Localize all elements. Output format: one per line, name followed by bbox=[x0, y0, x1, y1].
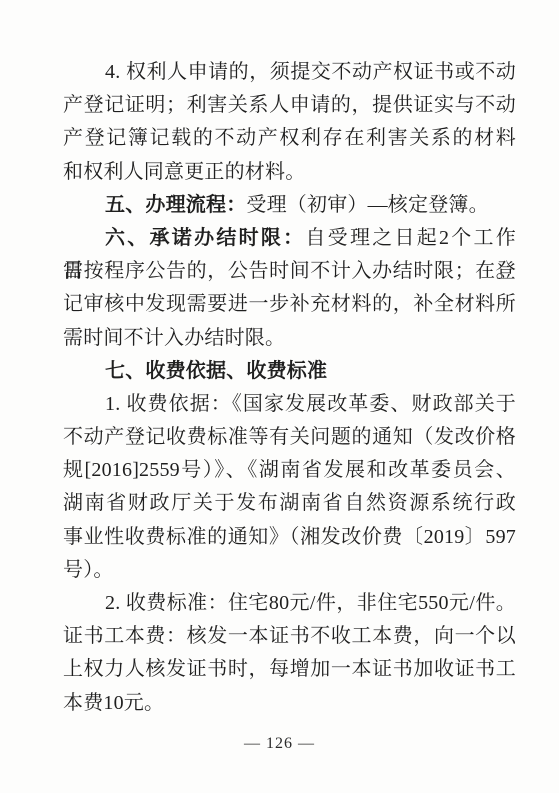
line-text: 和权利人同意更正的材料。 bbox=[63, 161, 305, 183]
line-text: 4. 权利人申请的，须提交不动产权证书或不动 bbox=[105, 61, 516, 83]
heading-label: 五、办理流程： bbox=[105, 194, 246, 216]
text-line-heading-7: 七、收费依据、收费标准 bbox=[63, 355, 516, 388]
document-page: 4. 权利人申请的，须提交不动产权证书或不动 产登记证明；利害关系人申请的，提供… bbox=[0, 0, 559, 793]
text-line: 记审核中发现需要进一步补充材料的，补全材料所 bbox=[63, 288, 516, 321]
page-number: — 126 — bbox=[0, 735, 559, 753]
line-text: 不动产登记收费标准等有关问题的通知（发改价格 bbox=[63, 426, 516, 448]
text-line: 产登记证明；利害关系人申请的，提供证实与不动 bbox=[63, 89, 516, 122]
line-text: 产登记证明；利害关系人申请的，提供证实与不动 bbox=[63, 94, 516, 116]
line-text: 本费10元。 bbox=[63, 692, 164, 714]
line-text: 1. 收费依据：《国家发展改革委、财政部关于 bbox=[105, 393, 516, 415]
text-line: 需时间不计入办结时限。 bbox=[63, 322, 516, 355]
text-line: 事业性收费标准的通知》（湘发改价费〔2019〕597 bbox=[63, 521, 516, 554]
line-text: 规[2016]2559号）》、《湖南省发展和改革委员会、 bbox=[63, 459, 516, 481]
text-line: 号）。 bbox=[63, 554, 516, 587]
text-line: 证书工本费：核发一本证书不收工本费，向一个以 bbox=[63, 620, 516, 653]
document-body: 4. 权利人申请的，须提交不动产权证书或不动 产登记证明；利害关系人申请的，提供… bbox=[63, 56, 516, 720]
line-text: 事业性收费标准的通知》（湘发改价费〔2019〕597 bbox=[63, 526, 516, 548]
text-line: 4. 权利人申请的，须提交不动产权证书或不动 bbox=[63, 56, 516, 89]
line-text: 2. 收费标准：住宅80元/件，非住宅550元/件。 bbox=[105, 592, 516, 614]
text-line: 上权力人核发证书时，每增加一本证书加收证书工 bbox=[63, 653, 516, 686]
line-text: 产登记簿记载的不动产权利存在利害关系的材料 bbox=[63, 127, 516, 149]
text-line: 规[2016]2559号）》、《湖南省发展和改革委员会、 bbox=[63, 454, 516, 487]
text-line: 和权利人同意更正的材料。 bbox=[63, 156, 516, 189]
text-line: 需按程序公告的，公告时间不计入办结时限；在登 bbox=[63, 255, 516, 288]
text-line: 不动产登记收费标准等有关问题的通知（发改价格 bbox=[63, 421, 516, 454]
text-line-heading-5: 五、办理流程：受理（初审）—核定登簿。 bbox=[63, 189, 516, 222]
line-text: 需时间不计入办结时限。 bbox=[63, 327, 285, 349]
line-text: 证书工本费：核发一本证书不收工本费，向一个以 bbox=[63, 625, 516, 647]
text-line: 产登记簿记载的不动产权利存在利害关系的材料 bbox=[63, 122, 516, 155]
heading-label: 七、收费依据、收费标准 bbox=[105, 360, 327, 382]
heading-label: 六、承诺办结时限： bbox=[105, 227, 305, 249]
line-text: 上权力人核发证书时，每增加一本证书加收证书工 bbox=[63, 658, 516, 680]
text-line: 1. 收费依据：《国家发展改革委、财政部关于 bbox=[63, 388, 516, 421]
line-text: 湖南省财政厅关于发布湖南省自然资源系统行政 bbox=[63, 492, 516, 514]
line-text: 号）。 bbox=[63, 559, 114, 581]
line-text: 需按程序公告的，公告时间不计入办结时限；在登 bbox=[63, 260, 516, 282]
text-line: 本费10元。 bbox=[63, 687, 516, 720]
text-line: 2. 收费标准：住宅80元/件，非住宅550元/件。 bbox=[63, 587, 516, 620]
line-text: 受理（初审）—核定登簿。 bbox=[246, 194, 488, 216]
text-line: 湖南省财政厅关于发布湖南省自然资源系统行政 bbox=[63, 487, 516, 520]
line-text: 记审核中发现需要进一步补充材料的，补全材料所 bbox=[63, 293, 516, 315]
text-line-heading-6: 六、承诺办结时限：自受理之日起2个工作日。 bbox=[63, 222, 516, 255]
